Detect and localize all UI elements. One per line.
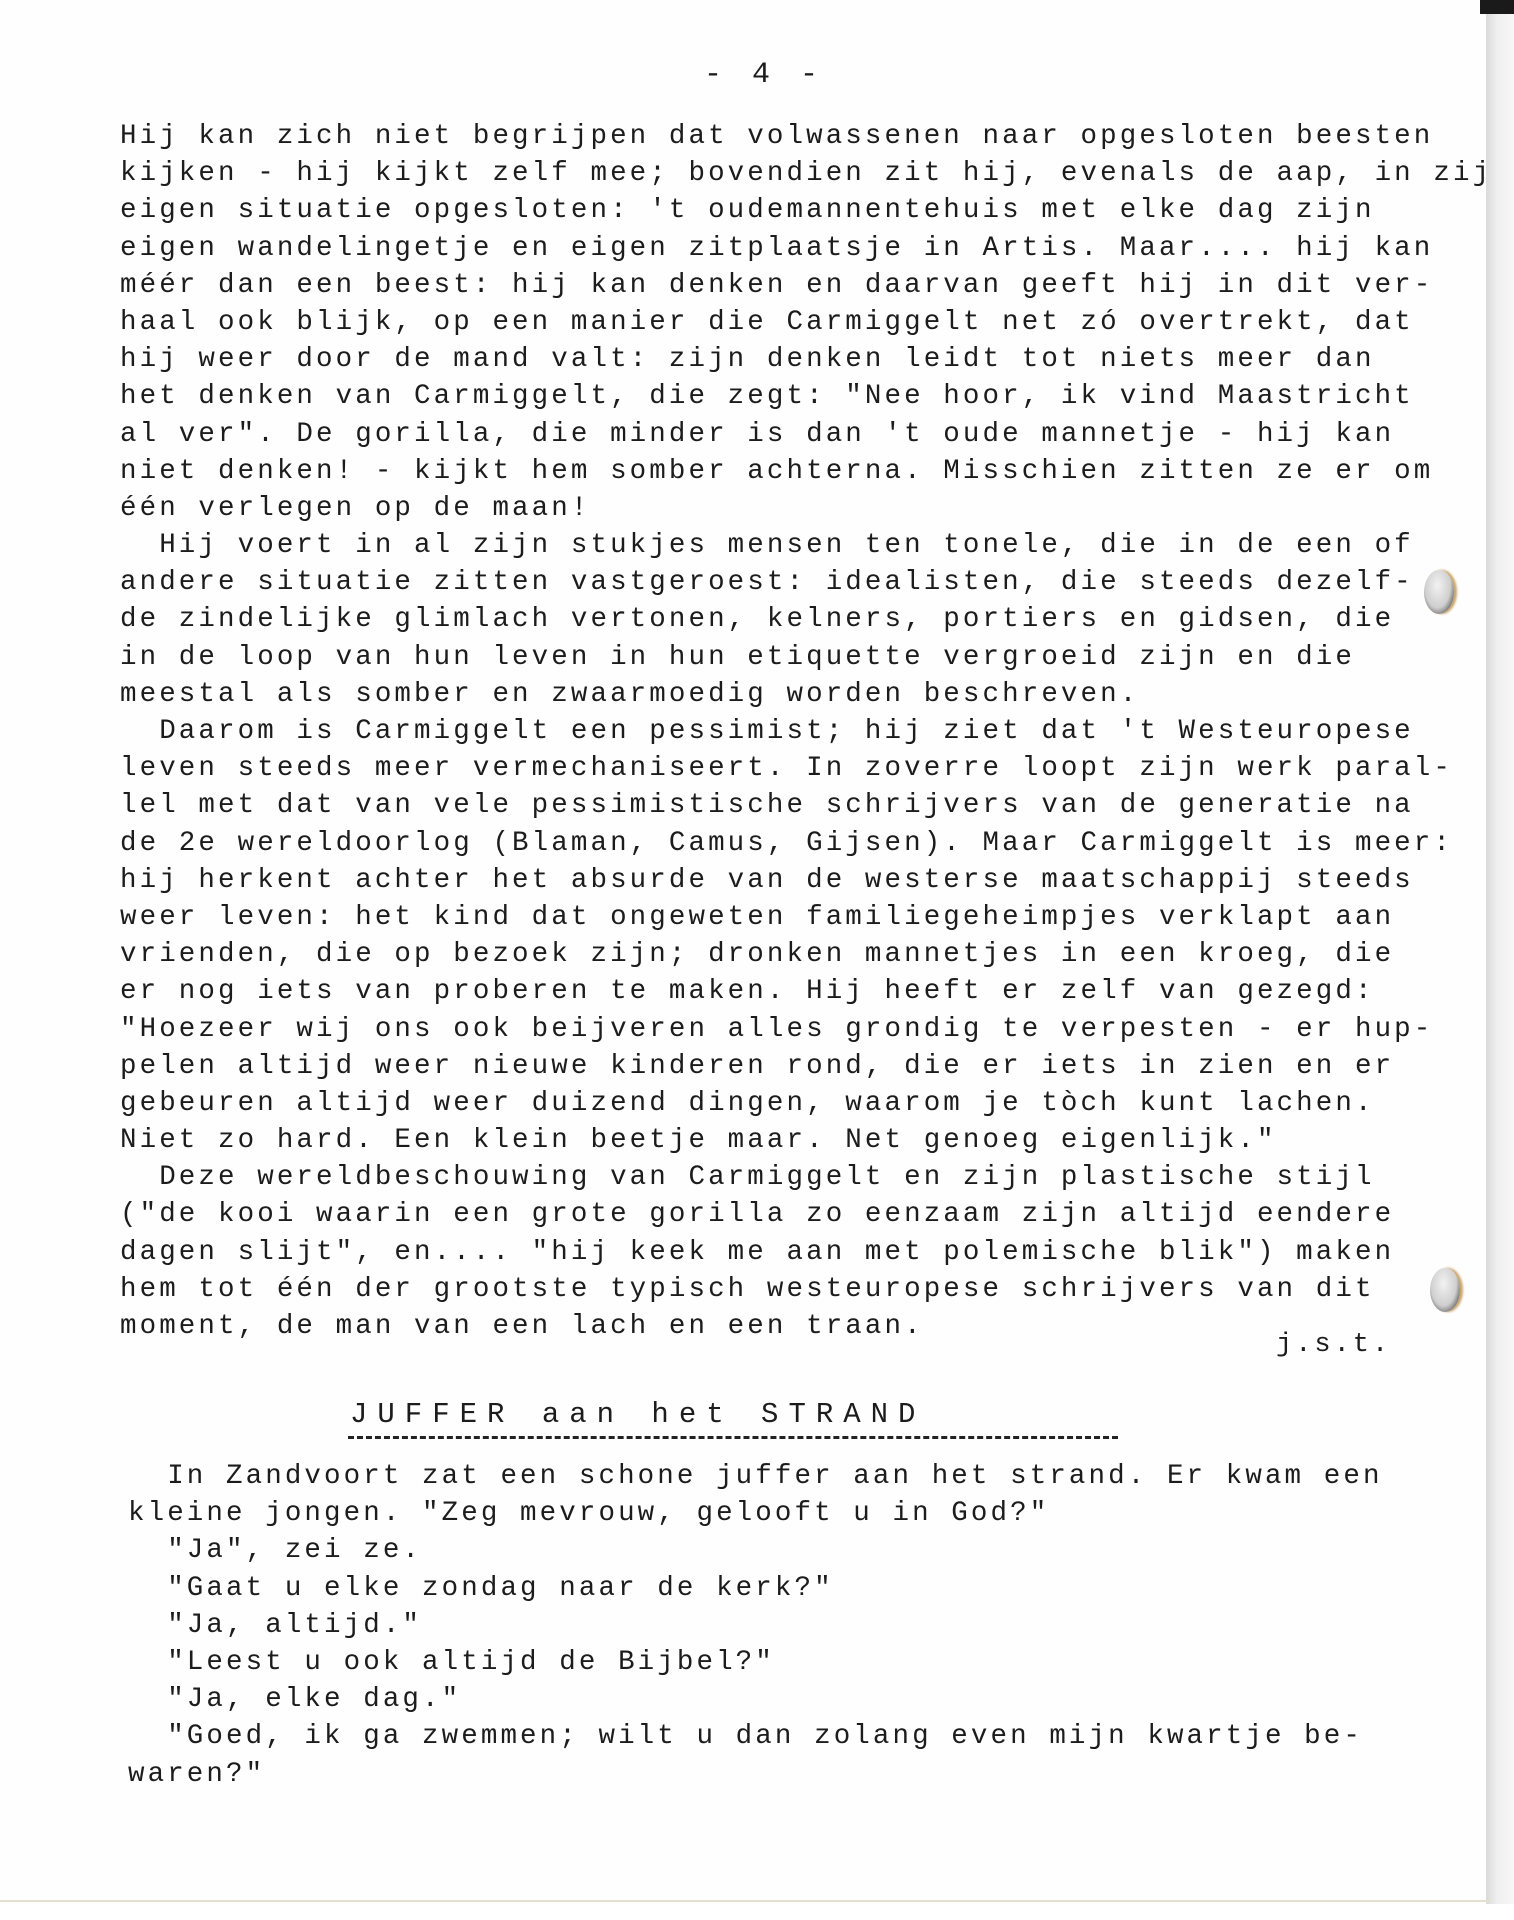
text-line: hem tot één der grootste typisch westeur… [120,1271,1460,1308]
text-line: eigen situatie opgesloten: 't oudemannen… [120,192,1460,229]
text-line: andere situatie zitten vastgeroest: idea… [120,564,1460,601]
text-line: meestal als somber en zwaarmoedig worden… [120,676,1460,713]
text-line: de zindelijke glimlach vertonen, kelners… [120,601,1460,638]
scan-border [1480,0,1514,14]
text-line: In Zandvoort zat een schone juffer aan h… [128,1458,1468,1495]
text-line: gebeuren altijd weer duizend dingen, waa… [120,1085,1460,1122]
text-line: het denken van Carmiggelt, die zegt: "Ne… [120,378,1460,415]
story-title: JUFFER aan het STRAND [350,1398,925,1431]
text-line: haal ook blijk, op een manier die Carmig… [120,304,1460,341]
text-line: dagen slijt", en.... "hij keek me aan me… [120,1234,1460,1271]
text-line: lel met dat van vele pessimistische schr… [120,787,1460,824]
text-line: in de loop van hun leven in hun etiquett… [120,639,1460,676]
document-page: - 4 - Hij kan zich niet begrijpen dat vo… [0,0,1488,1900]
text-line: "Gaat u elke zondag naar de kerk?" [128,1570,1468,1607]
text-line: Deze wereldbeschouwing van Carmiggelt en… [120,1159,1460,1196]
text-line: hij weer door de mand valt: zijn denken … [120,341,1460,378]
punch-hole [1424,570,1454,614]
text-line: waren?" [128,1756,1468,1793]
page-edge-shadow [1486,14,1514,1904]
essay-text: Hij kan zich niet begrijpen dat volwasse… [120,118,1460,1345]
text-line: méér dan een beest: hij kan denken en da… [120,267,1460,304]
text-line: er nog iets van proberen te maken. Hij h… [120,973,1460,1010]
text-line: "Leest u ook altijd de Bijbel?" [128,1644,1468,1681]
text-line: "Ja", zei ze. [128,1532,1468,1569]
text-line: "Goed, ik ga zwemmen; wilt u dan zolang … [128,1718,1468,1755]
text-line: Hij kan zich niet begrijpen dat volwasse… [120,118,1460,155]
text-line: kijken - hij kijkt zelf mee; bovendien z… [120,155,1460,192]
text-line: pelen altijd weer nieuwe kinderen rond, … [120,1048,1460,1085]
text-line: vrienden, die op bezoek zijn; dronken ma… [120,936,1460,973]
title-underline [348,1436,1118,1439]
text-line: Niet zo hard. Een klein beetje maar. Net… [120,1122,1460,1159]
text-line: "Hoezeer wij ons ook beijveren alles gro… [120,1011,1460,1048]
text-line: niet denken! - kijkt hem somber achterna… [120,453,1460,490]
page-number: - 4 - [0,58,1488,92]
text-line: weer leven: het kind dat ongeweten famil… [120,899,1460,936]
text-line: de 2e wereldoorlog (Blaman, Camus, Gijse… [120,825,1460,862]
text-line: leven steeds meer vermechaniseert. In zo… [120,750,1460,787]
author-signature: j.s.t. [1276,1330,1391,1360]
text-line: ("de kooi waarin een grote gorilla zo ee… [120,1196,1460,1233]
punch-hole [1430,1268,1460,1312]
text-line: Hij voert in al zijn stukjes mensen ten … [120,527,1460,564]
text-line: één verlegen op de maan! [120,490,1460,527]
text-line: hij herkent achter het absurde van de we… [120,862,1460,899]
text-line: al ver". De gorilla, die minder is dan '… [120,416,1460,453]
text-line: "Ja, elke dag." [128,1681,1468,1718]
page-bottom-edge [0,1900,1490,1902]
text-line: kleine jongen. "Zeg mevrouw, gelooft u i… [128,1495,1468,1532]
text-line: moment, de man van een lach en een traan… [120,1308,1460,1345]
text-line: "Ja, altijd." [128,1607,1468,1644]
text-line: Daarom is Carmiggelt een pessimist; hij … [120,713,1460,750]
text-line: eigen wandelingetje en eigen zitplaatsje… [120,230,1460,267]
story-text: In Zandvoort zat een schone juffer aan h… [128,1458,1468,1793]
